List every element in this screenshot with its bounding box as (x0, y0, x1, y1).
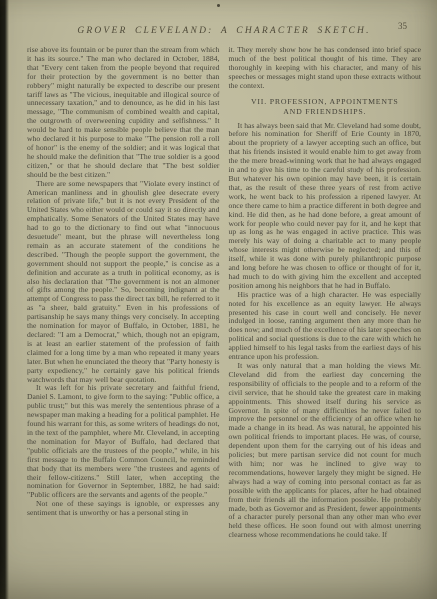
body-paragraph: It has always been said that Mr. Clevela… (229, 122, 422, 291)
text-columns: rise above its fountain or be purer than… (27, 46, 421, 540)
body-paragraph: It was only natural that a man holding t… (229, 362, 422, 540)
body-paragraph: Not one of these sayings is ignoble, or … (27, 500, 220, 518)
left-column: rise above its fountain or be purer than… (27, 46, 220, 540)
book-page: GROVER CLEVELAND: A CHARACTER SKETCH. 35… (0, 0, 437, 599)
body-paragraph: it. They merely show how he has condense… (229, 46, 422, 91)
body-paragraph: There are some newspapers that "Violate … (27, 180, 220, 385)
page-content: GROVER CLEVELAND: A CHARACTER SKETCH. 35… (0, 0, 437, 540)
running-header: GROVER CLEVELAND: A CHARACTER SKETCH. 35 (27, 20, 421, 35)
page-number: 35 (398, 21, 407, 31)
right-column: it. They merely show how he has condense… (229, 46, 422, 540)
body-paragraph: His practice was of a high character. He… (229, 291, 422, 362)
section-heading: VII. PROFESSION, APPOINTMENTS AND FRIEND… (243, 97, 408, 117)
running-header-title: GROVER CLEVELAND: A CHARACTER SKETCH. (77, 26, 370, 36)
body-paragraph: It was left for his private secretary an… (27, 384, 220, 500)
body-paragraph: rise above its fountain or be purer than… (27, 46, 220, 180)
